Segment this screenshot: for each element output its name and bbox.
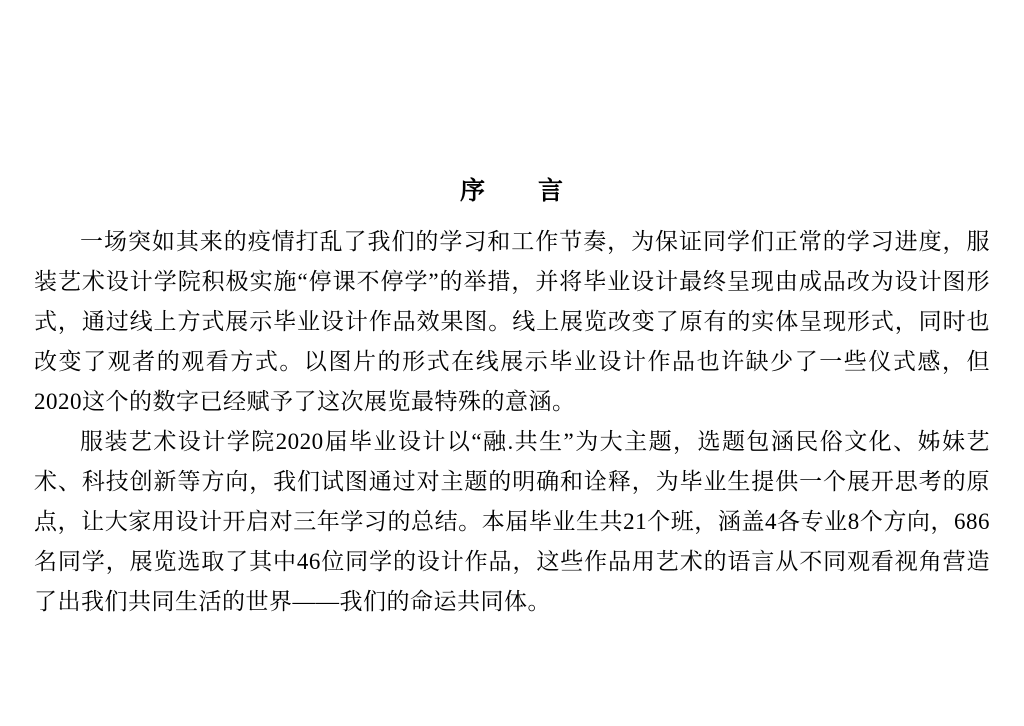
preface-paragraph-1: 一场突如其来的疫情打乱了我们的学习和工作节奏，为保证同学们正常的学习进度，服装艺… xyxy=(34,222,990,422)
page-title: 序 言 xyxy=(34,172,990,212)
preface-paragraph-2: 服装艺术设计学院2020届毕业设计以“融.共生”为大主题，选题包涵民俗文化、姊妹… xyxy=(34,422,990,622)
document-page: 序 言 一场突如其来的疫情打乱了我们的学习和工作节奏，为保证同学们正常的学习进度… xyxy=(0,0,1024,726)
